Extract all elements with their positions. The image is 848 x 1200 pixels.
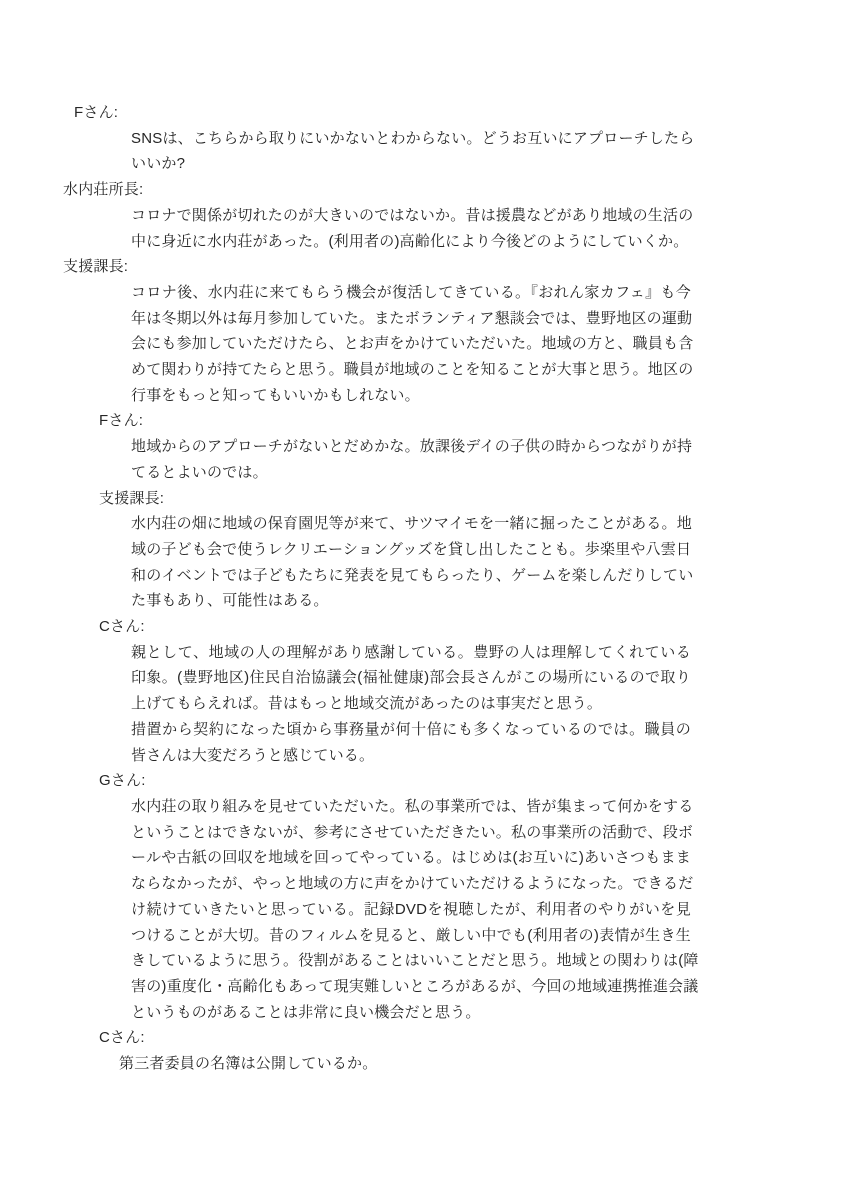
speaker-label: Fさん: — [0, 100, 848, 126]
transcript-line: 印象。(豊野地区)住民自治協議会(福祉健康)部会長さんがこの場所にいるので取り — [0, 665, 691, 691]
transcript-line: 中に身近に水内荘があった。(利用者の)高齢化により今後どのようにしていくか。 — [0, 229, 848, 255]
speaker-label: Gさん: — [0, 768, 848, 794]
transcript: Fさん: SNSは、こちらから取りにいかないとわからない。どうお互いにアプローチ… — [0, 100, 848, 1077]
transcript-line: 行事をもっと知ってもいいかもしれない。 — [0, 383, 848, 409]
transcript-line: 措置から契約になった頃から事務量が何十倍にも多くなっているのでは。職員の — [0, 717, 691, 743]
transcript-line: つけることが大切。昔のフィルムを見ると、厳しい中でも(利用者の)表情が生き生 — [0, 923, 691, 949]
transcript-line: 会にも参加していただけたら、とお声をかけていただいた。地域の方と、職員も含 — [0, 331, 691, 357]
transcript-line: 年は冬期以外は毎月参加していた。またボランティア懇談会では、豊野地区の運動 — [0, 306, 691, 332]
utterance-director: 水内荘所長: コロナで関係が切れたのが大きいのではないか。昔は援農などがあり地域… — [0, 177, 848, 254]
transcript-line: 害の)重度化・高齢化もあって現実難しいところがあるが、今回の地域連携推進会議 — [0, 974, 691, 1000]
utterance-f-1: Fさん: SNSは、こちらから取りにいかないとわからない。どうお互いにアプローチ… — [0, 100, 848, 177]
transcript-line: というものがあることは非常に良い機会だと思う。 — [0, 1000, 848, 1026]
utterance-c-1: Cさん: 親として、地域の人の理解があり感謝している。豊野の人は理解してくれてい… — [0, 614, 848, 768]
speaker-label: Cさん: — [0, 614, 848, 640]
transcript-line: 水内荘の取り組みを見せていただいた。私の事業所では、皆が集まって何かをする — [0, 794, 691, 820]
transcript-line: ールや古紙の回収を地域を回ってやっている。はじめは(お互いに)あいさつもまま — [0, 845, 691, 871]
speaker-label: Cさん: — [0, 1025, 848, 1051]
transcript-line: SNSは、こちらから取りにいかないとわからない。どうお互いにアプローチしたら — [0, 126, 691, 152]
transcript-line: いいか? — [0, 151, 848, 177]
transcript-line: ということはできないが、参考にさせていただきたい。私の事業所の活動で、段ボ — [0, 820, 691, 846]
transcript-line: 地域からのアプローチがないとだめかな。放課後デイの子供の時からつながりが持 — [0, 434, 691, 460]
transcript-line: 皆さんは大変だろうと感じている。 — [0, 743, 848, 769]
meeting-minutes-page: Fさん: SNSは、こちらから取りにいかないとわからない。どうお互いにアプローチ… — [0, 0, 848, 1200]
transcript-line: てるとよいのでは。 — [0, 460, 848, 486]
speaker-label: 支援課長: — [0, 486, 848, 512]
utterance-g: Gさん: 水内荘の取り組みを見せていただいた。私の事業所では、皆が集まって何かを… — [0, 768, 848, 1025]
transcript-line: 上げてもらえれば。昔はもっと地域交流があったのは事実だと思う。 — [0, 691, 848, 717]
speaker-label: 支援課長: — [0, 254, 848, 280]
transcript-line: きしているように思う。役割があることはいいことだと思う。地域との関わりは(障 — [0, 948, 691, 974]
speaker-label: Fさん: — [0, 408, 848, 434]
transcript-line: コロナ後、水内荘に来てもらう機会が復活してきている。『おれん家カフェ』も今 — [0, 280, 691, 306]
utterance-support-chief-1: 支援課長: コロナ後、水内荘に来てもらう機会が復活してきている。『おれん家カフェ… — [0, 254, 848, 408]
transcript-line: け続けていきたいと思っている。記録DVDを視聴したが、利用者のやりがいを見 — [0, 897, 691, 923]
transcript-line: 水内荘の畑に地域の保育園児等が来て、サツマイモを一緒に掘ったことがある。地 — [0, 511, 691, 537]
transcript-line: めて関わりが持てたらと思う。職員が地域のことを知ることが大事と思う。地区の — [0, 357, 691, 383]
speaker-label: 水内荘所長: — [0, 177, 848, 203]
transcript-line: コロナで関係が切れたのが大きいのではないか。昔は援農などがあり地域の生活の — [0, 203, 691, 229]
utterance-f-2: Fさん: 地域からのアプローチがないとだめかな。放課後デイの子供の時からつながり… — [0, 408, 848, 485]
utterance-c-2: Cさん: 第三者委員の名簿は公開しているか。 — [0, 1025, 848, 1076]
transcript-line: 親として、地域の人の理解があり感謝している。豊野の人は理解してくれている — [0, 640, 691, 666]
transcript-line: 第三者委員の名簿は公開しているか。 — [0, 1051, 848, 1077]
transcript-line: 域の子ども会で使うレクリエーショングッズを貸し出したことも。歩楽里や八雲日 — [0, 537, 691, 563]
transcript-line: 和のイベントでは子どもたちに発表を見てもらったり、ゲームを楽しんだりしてい — [0, 563, 691, 589]
transcript-line: ならなかったが、やっと地域の方に声をかけていただけるようになった。できるだ — [0, 871, 691, 897]
transcript-line: た事もあり、可能性はある。 — [0, 588, 848, 614]
utterance-support-chief-2: 支援課長: 水内荘の畑に地域の保育園児等が来て、サツマイモを一緒に掘ったことがあ… — [0, 486, 848, 615]
